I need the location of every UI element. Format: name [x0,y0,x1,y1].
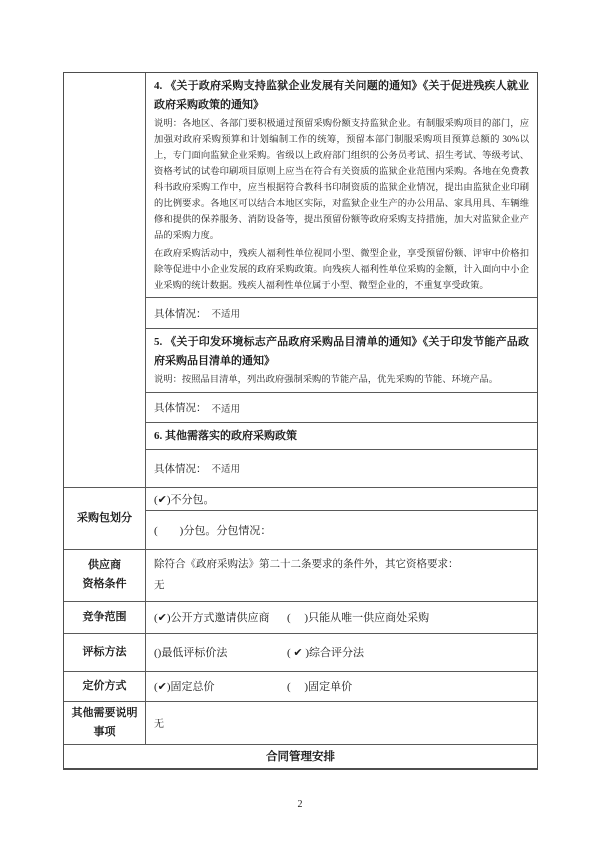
row-label-evaluation-method: 评标方法 [64,634,146,671]
detail-value: 不适用 [212,461,241,475]
detail-value: 不适用 [212,306,241,320]
policy-item-5-paragraph-1: 说明：按照品目清单，列出政府强制采购的节能产品，优先采购的节能、环境产品。 [154,372,529,388]
checkbox-option-unchecked: ( )只能从唯一供应商处采购 [287,609,529,625]
policy-item-6-detail-row: 具体情况： 不适用 [146,450,537,487]
supplier-qualification-text: 除符合《政府采购法》第二十二条要求的条件外，其它资格要求： 无 [146,550,537,601]
checkbox-option-unchecked: ()最低评标价法 [154,644,287,660]
row-label-competition-scope: 竞争范围 [64,602,146,633]
detail-value: 不适用 [212,401,241,415]
policy-item-4-title: 4. 《关于政府采购支持监狱企业发展有关问题的通知》《关于促进残疾人就业政府采购… [154,77,529,114]
checkbox-option-unchecked: ( )分包。分包情况： [154,522,271,538]
policy-section-empty-label-cell [64,73,146,487]
other-notes-value: 无 [146,702,537,744]
policy-section-row: 4. 《关于政府采购支持监狱企业发展有关问题的通知》《关于促进残疾人就业政府采购… [64,73,537,488]
section-title-contract-management: 合同管理安排 [64,745,537,768]
detail-label: 具体情况： [154,306,207,321]
pricing-method-row: 定价方式 (✔)固定总价 ( )固定单价 [64,672,537,702]
policy-item-4: 4. 《关于政府采购支持监狱企业发展有关问题的通知》《关于促进残疾人就业政府采购… [146,73,537,298]
policy-item-6: 6. 其他需落实的政府采购政策 [146,423,537,450]
package-division-row: 采购包划分 (✔)不分包。 ( )分包。分包情况： [64,488,537,550]
checkbox-option-checked: (✔)公开方式邀请供应商 [154,609,287,625]
row-label-other-notes: 其他需要说明 事项 [64,702,146,744]
detail-label: 具体情况： [154,461,207,476]
policy-section-content: 4. 《关于政府采购支持监狱企业发展有关问题的通知》《关于促进残疾人就业政府采购… [146,73,537,487]
evaluation-method-row: 评标方法 ()最低评标价法 ( ✔ )综合评分法 [64,634,537,672]
checkbox-option-checked: (✔)固定总价 [154,678,287,694]
policy-item-6-title: 6. 其他需落实的政府采购政策 [154,427,529,446]
package-option-no-split: (✔)不分包。 [146,488,537,511]
procurement-table: 4. 《关于政府采购支持监狱企业发展有关问题的通知》《关于促进残疾人就业政府采购… [63,72,538,770]
other-notes-row: 其他需要说明 事项 无 [64,702,537,745]
contract-management-row: 合同管理安排 [64,745,537,768]
policy-item-4-detail-row: 具体情况： 不适用 [146,298,537,329]
row-label-pricing-method: 定价方式 [64,672,146,701]
row-label-supplier-qualification: 供应商 资格条件 [64,550,146,601]
policy-item-5: 5. 《关于印发环境标志产品政府采购品目清单的通知》《关于印发节能产品政府采购品… [146,329,537,393]
supplier-qualification-row: 供应商 资格条件 除符合《政府采购法》第二十二条要求的条件外，其它资格要求： 无 [64,550,537,602]
page-number: 2 [0,799,600,810]
package-option-split: ( )分包。分包情况： [146,511,537,549]
document-page: { "policy_items": [ { "title": "4. 《关于政府… [0,0,600,866]
policy-item-5-title: 5. 《关于印发环境标志产品政府采购品目清单的通知》《关于印发节能产品政府采购品… [154,333,529,370]
competition-scope-row: 竞争范围 (✔)公开方式邀请供应商 ( )只能从唯一供应商处采购 [64,602,537,634]
policy-item-4-paragraph-2: 在政府采购活动中，残疾人福利性单位视同小型、微型企业，享受预留份额、评审中价格扣… [154,246,529,294]
checkbox-option-unchecked: ( )固定单价 [287,678,529,694]
checkbox-option-checked: (✔)不分包。 [154,491,215,507]
detail-label: 具体情况： [154,400,207,415]
row-label-package-division: 采购包划分 [64,488,146,549]
policy-item-5-detail-row: 具体情况： 不适用 [146,393,537,423]
policy-item-4-paragraph-1: 说明：各地区、各部门要积极通过预留采购份额支持监狱企业。有制服采购项目的部门，应… [154,116,529,244]
checkbox-option-checked: ( ✔ )综合评分法 [287,644,529,660]
